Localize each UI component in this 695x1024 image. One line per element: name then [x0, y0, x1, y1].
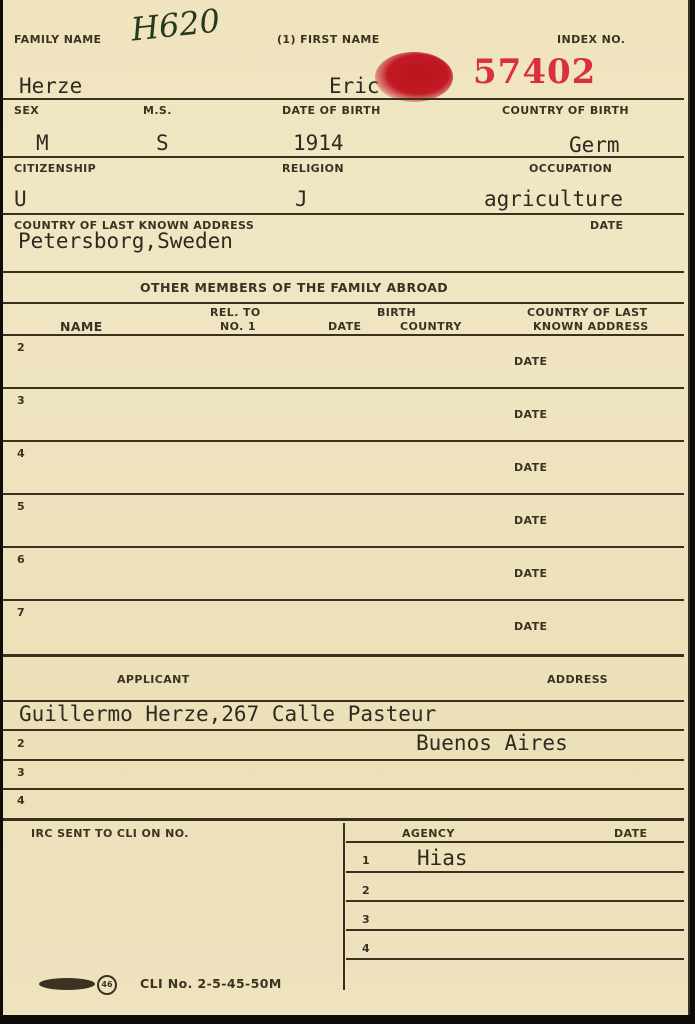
family-section-title: OTHER MEMBERS OF THE FAMILY ABROAD [140, 280, 448, 295]
applicant-line-2-number: 2 [17, 737, 25, 750]
agency-label: AGENCY [402, 827, 455, 840]
family-row-date-label: DATE [514, 514, 547, 527]
applicant-label: APPLICANT [117, 673, 190, 686]
family-row-number: 2 [17, 341, 25, 354]
family-row-date-label: DATE [514, 355, 547, 368]
agency-date-label: DATE [614, 827, 647, 840]
dob-label: DATE OF BIRTH [282, 104, 381, 117]
red-stain [375, 52, 453, 102]
divider [346, 841, 684, 843]
family-row-date-label: DATE [514, 567, 547, 580]
index-card: FAMILY NAME H620 (1) FIRST NAME INDEX NO… [3, 0, 690, 1015]
divider [3, 334, 684, 336]
family-row-number: 6 [17, 553, 25, 566]
cob-value: Germ [569, 133, 620, 157]
divider [346, 958, 684, 960]
agency-row-number: 1 [362, 854, 370, 867]
divider [3, 493, 684, 495]
family-name-value: Herze [19, 74, 82, 98]
sex-label: SEX [14, 104, 39, 117]
irc-label: IRC SENT TO CLI ON NO. [31, 827, 189, 840]
divider [3, 98, 684, 100]
family-name-label: FAMILY NAME [14, 33, 101, 46]
union-number-badge: 46 [97, 975, 117, 995]
divider [3, 729, 684, 731]
divider [3, 759, 684, 761]
divider [346, 871, 684, 873]
agency-row-number: 2 [362, 884, 370, 897]
divider [3, 271, 684, 273]
agency-name: Hias [417, 846, 468, 870]
applicant-line-2: Buenos Aires [416, 731, 568, 755]
col-name-label: NAME [60, 319, 103, 334]
address-label: ADDRESS [547, 673, 608, 686]
union-label-icon [39, 978, 95, 990]
index-label: INDEX NO. [557, 33, 625, 46]
divider [3, 546, 684, 548]
agency-row-number: 4 [362, 942, 370, 955]
divider [3, 213, 684, 215]
occupation-label: OCCUPATION [529, 162, 612, 175]
family-row-date-label: DATE [514, 408, 547, 421]
form-number: CLI No. 2-5-45-50M [140, 976, 282, 991]
sex-value: M [36, 131, 49, 155]
divider [3, 387, 684, 389]
divider [3, 302, 684, 304]
ms-value: S [156, 131, 169, 155]
divider [346, 929, 684, 931]
citizenship-label: CITIZENSHIP [14, 162, 96, 175]
col-birth-label: BIRTH [377, 306, 416, 319]
cob-label: COUNTRY OF BIRTH [502, 104, 629, 117]
applicant-line-3-number: 3 [17, 766, 25, 779]
religion-value: J [295, 187, 308, 211]
first-name-label: (1) FIRST NAME [277, 33, 380, 46]
first-name-value: Eric [329, 74, 380, 98]
col-last-label-2: KNOWN ADDRESS [533, 320, 649, 333]
applicant-line-1: Guillermo Herze,267 Calle Pasteur [19, 702, 436, 726]
citizenship-value: U [14, 187, 27, 211]
dob-value: 1914 [293, 131, 344, 155]
applicant-line-4-number: 4 [17, 794, 25, 807]
divider [3, 440, 684, 442]
family-row-number: 4 [17, 447, 25, 460]
family-row-date-label: DATE [514, 620, 547, 633]
religion-label: RELIGION [282, 162, 344, 175]
last-address-value: Petersborg,Sweden [18, 229, 233, 253]
handwritten-number: H620 [129, 1, 221, 48]
family-row-number: 3 [17, 394, 25, 407]
family-row-number: 5 [17, 500, 25, 513]
agency-row-number: 3 [362, 913, 370, 926]
col-date-label: DATE [328, 320, 361, 333]
divider [3, 788, 684, 790]
col-rel-label-1: REL. TO [210, 306, 261, 319]
divider [346, 900, 684, 902]
column-divider [343, 823, 345, 990]
ms-label: M.S. [143, 104, 172, 117]
family-row-number: 7 [17, 606, 25, 619]
divider [3, 156, 684, 158]
occupation-value: agriculture [484, 187, 623, 211]
col-country-label: COUNTRY [400, 320, 462, 333]
index-number: 57402 [473, 52, 596, 92]
col-rel-label-2: NO. 1 [220, 320, 256, 333]
divider [3, 654, 684, 657]
divider [3, 818, 684, 821]
col-last-label-1: COUNTRY OF LAST [527, 306, 647, 319]
family-row-date-label: DATE [514, 461, 547, 474]
divider [3, 599, 684, 601]
last-address-date-label: DATE [590, 219, 623, 232]
